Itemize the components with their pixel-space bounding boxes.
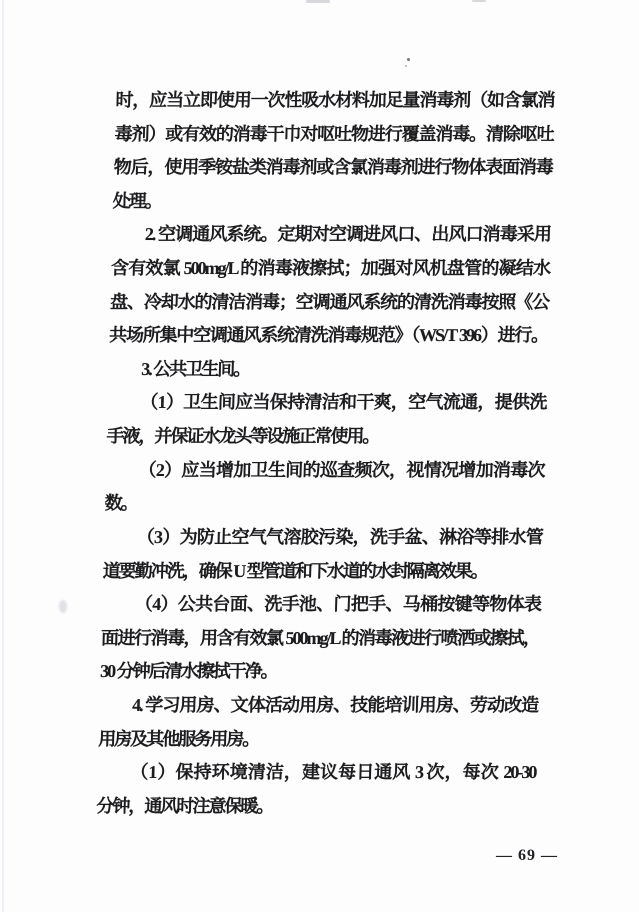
text-line: （1）卫生间应当保持清洁和干爽，空气流通，提供洗 <box>107 386 546 420</box>
scan-speck <box>405 65 407 67</box>
scan-smudge <box>472 0 486 2</box>
text-line: 手液，并保证水龙头等设施正常使用。 <box>106 420 545 454</box>
document-body: 时，应当立即使用一次性吸水材料加足量消毒剂（如含氯消毒剂）或有效的消毒干巾对呕吐… <box>96 84 554 823</box>
text-line: （3）为防止空气气溶胶污染，洗手盆、淋浴等排水管 <box>103 521 542 555</box>
text-line: 道要勤冲洗，确保 U 型管道和下水道的水封隔离效果。 <box>102 555 541 589</box>
text-line: 3. 公共卫生间。 <box>108 353 547 387</box>
page-number: — 69 — <box>494 845 560 867</box>
scan-smudge <box>306 0 330 3</box>
text-line: 用房及其他服务用房。 <box>98 723 537 757</box>
text-line: 30 分钟后清水擦拭干净。 <box>100 655 539 689</box>
text-line: 盘、冷却水的清洁消毒；空调通风系统的清洗消毒按照《公 <box>110 286 549 320</box>
text-line: 2. 空调通风系统。定期对空调进风口、出风口消毒采用 <box>111 218 550 252</box>
text-line: （2）应当增加卫生间的巡查频次，视情况增加消毒次 <box>105 454 544 488</box>
text-line: （1）保持环境清洁，建议每日通风 3 次，每次 20-30 <box>97 756 536 790</box>
text-line: 含有效氯 500mg/L 的消毒液擦拭；加强对风机盘管的凝结水 <box>111 252 550 286</box>
text-line: 时，应当立即使用一次性吸水材料加足量消毒剂（如含氯消 <box>115 84 554 118</box>
text-line: 毒剂）或有效的消毒干巾对呕吐物进行覆盖消毒。清除呕吐 <box>114 118 553 152</box>
text-line: 分钟，通风时注意保暖。 <box>96 790 535 824</box>
text-line: （4）公共台面、洗手池、门把手、马桶按键等物体表 <box>101 588 540 622</box>
text-line: 4. 学习用房、文体活动用房、技能培训用房、劳动改造 <box>99 689 538 723</box>
text-line: 数。 <box>104 487 543 521</box>
scan-speck <box>407 58 410 61</box>
scan-speck <box>59 600 67 613</box>
text-line: 共场所集中空调通风系统清洗消毒规范》（WS/T 396）进行。 <box>109 319 548 353</box>
text-line: 物后，使用季铵盐类消毒剂或含氯消毒剂进行物体表面消毒 <box>113 151 552 185</box>
text-line: 处理。 <box>112 185 551 219</box>
text-line: 面进行消毒，用含有效氯 500mg/L 的消毒液进行喷洒或擦拭， <box>101 622 540 656</box>
document-page: 时，应当立即使用一次性吸水材料加足量消毒剂（如含氯消毒剂）或有效的消毒干巾对呕吐… <box>0 0 639 912</box>
page-left-edge-shadow <box>2 0 4 912</box>
